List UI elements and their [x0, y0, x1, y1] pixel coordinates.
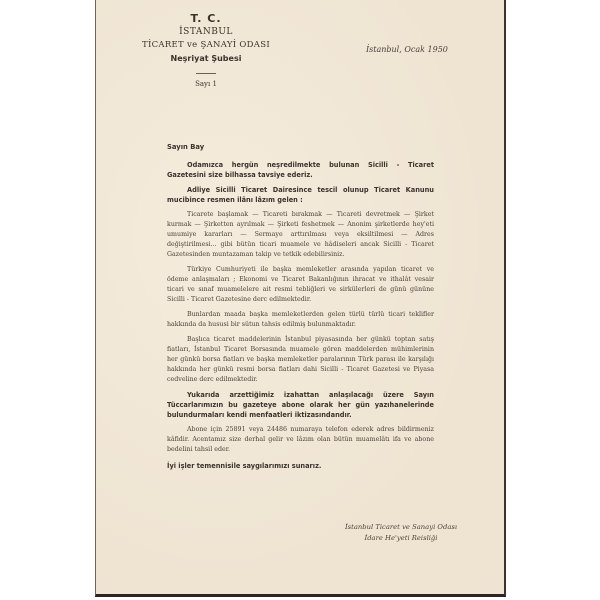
closing-line: İyi işler temennisile saygılarımızı suna… [167, 461, 434, 471]
letterhead-city: İSTANBUL [96, 26, 316, 39]
greeting: Sayın Bay [167, 142, 434, 152]
letterhead-organization: TİCARET ve ŞANAYİ ODASI [96, 39, 316, 52]
letter-date: İstanbul, Ocak 1950 [366, 45, 448, 54]
reference-number: Sayı 1 [96, 80, 316, 88]
letterhead-republic: T. C. [96, 12, 316, 26]
paragraph: Abone için 25891 veya 24486 numaraya tel… [167, 425, 434, 455]
paragraph: Türkiye Cumhuriyeti ile başka memleketle… [167, 265, 434, 305]
paragraph: Ticarete başlamak — Ticareti bırakmak — … [167, 210, 434, 260]
paragraph: Yukarıda arzettiğimiz izahattan anlaşıla… [167, 390, 434, 420]
letter-body: Sayın Bay Odamızca hergün neşredilmekte … [167, 142, 434, 476]
letterhead: T. C. İSTANBUL TİCARET ve ŞANAYİ ODASI N… [96, 12, 316, 88]
paragraph: Adliye Sicilli Ticaret Dairesince tescil… [167, 185, 434, 205]
letterhead-department: Neşriyat Şubesi [96, 52, 316, 66]
paragraph: Başlıca ticaret maddelerinin İstanbul pi… [167, 335, 434, 385]
signature-block: İstanbul Ticaret ve Sanayi Odası İdare H… [321, 522, 481, 544]
letterhead-divider [196, 73, 216, 74]
letter-page: T. C. İSTANBUL TİCARET ve ŞANAYİ ODASI N… [95, 0, 506, 597]
paragraph: Odamızca hergün neşredilmekte bulunan Si… [167, 160, 434, 180]
signature-organization: İstanbul Ticaret ve Sanayi Odası [321, 522, 481, 533]
paragraph: Bunlardan maada başka memleketlerden gel… [167, 310, 434, 330]
signature-office: İdare He'yeti Reisliği [321, 533, 481, 544]
